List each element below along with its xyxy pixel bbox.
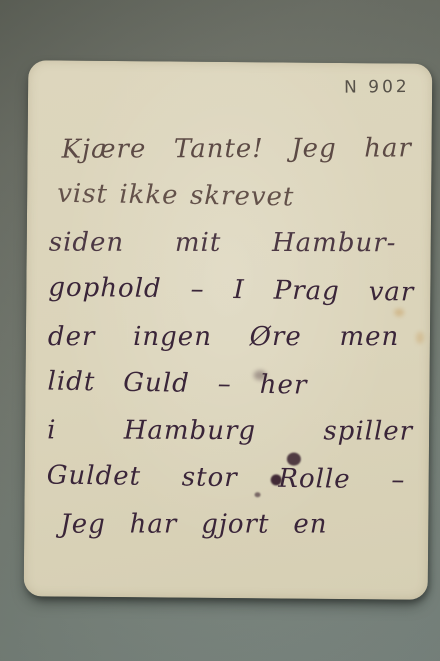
handwriting-line: vist ikke skrevet [49,171,295,222]
ink-smudge [254,370,267,380]
handwritten-card: N 902 Kjære Tante! Jeg har vist ikke skr… [24,60,433,600]
handwriting-text: Kjære Tante! Jeg har vist ikke skrevet s… [46,124,416,579]
catalog-number: N 902 [344,77,410,98]
handwriting-line: i Hamburg spiller [47,407,413,455]
handwriting-line: lidt Guld – her [47,359,308,410]
paper-stain [394,308,404,316]
paper-stain [416,332,424,344]
handwriting-line: Jeg har gjort en [60,502,327,549]
handwriting-line: der ingen Øre men [48,314,399,361]
ink-speck [255,492,261,497]
handwriting-line: siden mit Hambur- [49,220,397,268]
ink-blot [271,474,282,485]
handwriting-line: Kjære Tante! Jeg har [49,125,411,173]
handwriting-line: Guldet stor Rolle – [46,452,405,504]
handwriting-line: gophold – I Prag var [48,264,415,316]
photo-background: N 902 Kjære Tante! Jeg har vist ikke skr… [0,0,440,661]
ink-blot [287,453,301,466]
